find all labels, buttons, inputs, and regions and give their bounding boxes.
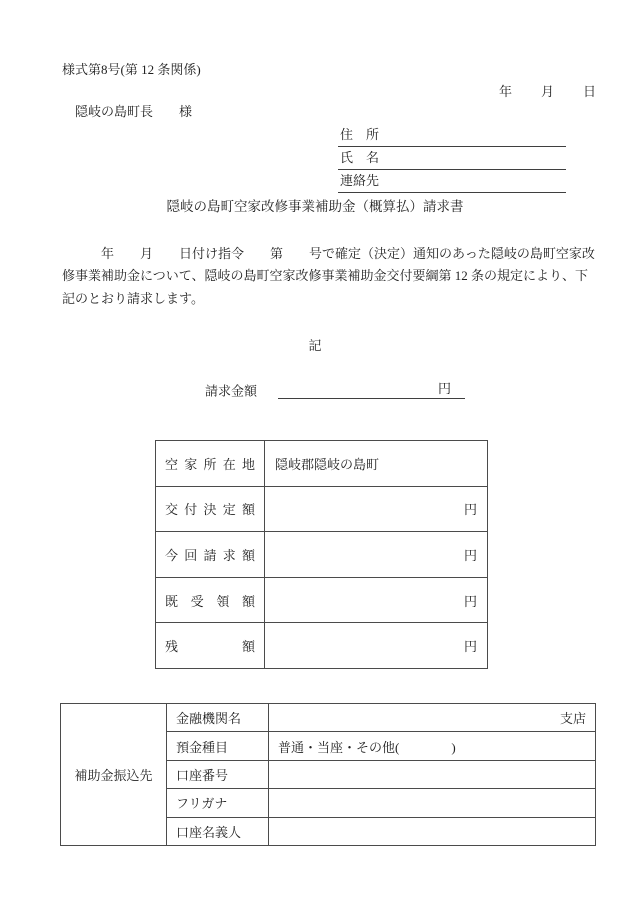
sender-field-name: 氏 名 (338, 147, 566, 170)
claim-amount-unit: 円 (438, 381, 451, 396)
form-number: 様式第8号(第 12 条関係) (62, 62, 201, 78)
summary-row-received-label: 既受領額 (156, 577, 265, 623)
transfer-row-account-type-label: 預金種目 (167, 732, 269, 760)
transfer-row-account-number-value (269, 760, 596, 788)
transfer-row-bank: 補助金振込先 金融機関名 支店 (61, 704, 596, 732)
summary-row-grant-decided: 交付決定額 円 (156, 486, 488, 532)
claim-amount-blank: 円 (278, 381, 465, 399)
transfer-row-account-number-label: 口座番号 (167, 760, 269, 788)
transfer-table: 補助金振込先 金融機関名 支店 預金種目 普通・当座・その他( ) 口座番号 フ… (60, 703, 596, 846)
transfer-row-furigana-value (269, 789, 596, 817)
claim-amount-line: 請求金額円 (205, 381, 465, 399)
document-page: 様式第8号(第 12 条関係) 年 月 日 隠岐の島町長 様 住 所 氏 名 連… (0, 0, 630, 903)
transfer-group-label: 補助金振込先 (61, 704, 167, 846)
summary-row-balance: 残額 円 (156, 623, 488, 669)
body-line-1: 年 月 日付け指令 第 号で確定（決定）通知のあった隠岐の島町空家改 (62, 243, 595, 265)
sender-field-contact: 連絡先 (338, 170, 566, 193)
summary-row-current-claim-label: 今回請求額 (156, 532, 265, 578)
summary-row-balance-label: 残額 (156, 623, 265, 669)
summary-row-current-claim-value: 円 (265, 532, 488, 578)
body-paragraph: 年 月 日付け指令 第 号で確定（決定）通知のあった隠岐の島町空家改 修事業補助… (62, 243, 595, 310)
summary-row-grant-decided-value: 円 (265, 486, 488, 532)
summary-row-location-value: 隠岐郡隠岐の島町 (265, 441, 488, 487)
sender-field-address: 住 所 (338, 124, 566, 147)
summary-row-location: 空家所在地 隠岐郡隠岐の島町 (156, 441, 488, 487)
summary-row-grant-decided-label: 交付決定額 (156, 486, 265, 532)
transfer-row-bank-value: 支店 (269, 704, 596, 732)
summary-row-current-claim: 今回請求額 円 (156, 532, 488, 578)
transfer-row-bank-label: 金融機関名 (167, 704, 269, 732)
transfer-row-furigana-label: フリガナ (167, 789, 269, 817)
document-title: 隠岐の島町空家改修事業補助金（概算払）請求書 (0, 199, 630, 215)
summary-table: 空家所在地 隠岐郡隠岐の島町 交付決定額 円 今回請求額 円 既受領額 円 残額… (155, 440, 488, 669)
transfer-row-account-holder-label: 口座名義人 (167, 817, 269, 845)
claim-amount-label: 請求金額 (205, 383, 257, 398)
summary-row-balance-value: 円 (265, 623, 488, 669)
addressee: 隠岐の島町長 様 (75, 104, 192, 120)
body-line-2: 修事業補助金について、隠岐の島町空家改修事業補助金交付要綱第 12 条の規定によ… (62, 265, 595, 287)
sender-field-address-label: 住 所 (340, 127, 379, 142)
summary-row-location-label: 空家所在地 (156, 441, 265, 487)
sender-field-name-label: 氏 名 (340, 150, 379, 165)
sender-block: 住 所 氏 名 連絡先 (338, 124, 566, 193)
date-line: 年 月 日 (499, 84, 597, 100)
transfer-row-account-type-value: 普通・当座・その他( ) (269, 732, 596, 760)
sender-field-contact-label: 連絡先 (340, 173, 379, 188)
transfer-row-account-holder-value (269, 817, 596, 845)
summary-row-received-value: 円 (265, 577, 488, 623)
section-marker: 記 (0, 338, 630, 354)
summary-row-received: 既受領額 円 (156, 577, 488, 623)
body-line-3: 記のとおり請求します。 (62, 288, 595, 310)
